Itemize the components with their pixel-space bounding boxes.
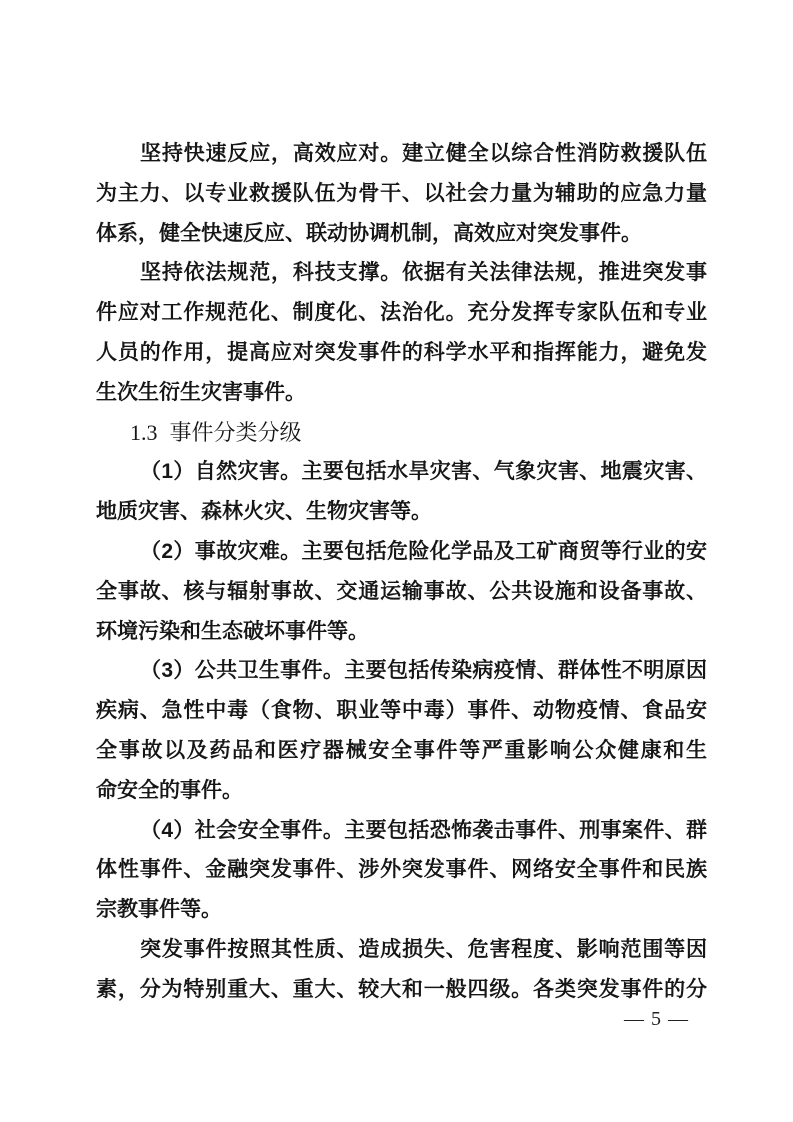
text-line: 素，分为特别重大、重大、较大和一般四级。各类突发事件的分 — [96, 970, 707, 1010]
text-line: 命安全的事件。 — [96, 771, 707, 811]
page-number: — 5 — — [624, 1008, 689, 1031]
paragraph-law-tech: 坚持依法规范，科技支撑。依据有关法律法规，推进突发事 件应对工作规范化、制度化、… — [96, 253, 707, 412]
text-line: 疾病、急性中毒（食物、职业等中毒）事件、动物疫情、食品安 — [96, 691, 707, 731]
text-line: （2）事故灾难。主要包括危险化学品及工矿商贸等行业的安 — [96, 532, 707, 572]
text-line: （1）自然灾害。主要包括水旱灾害、气象灾害、地震灾害、 — [96, 452, 707, 492]
paragraph-fast-response: 坚持快速反应，高效应对。建立健全以综合性消防救援队伍 为主力、以专业救援队伍为骨… — [96, 134, 707, 253]
text-line: （3）公共卫生事件。主要包括传染病疫情、群体性不明原因 — [96, 651, 707, 691]
text-line: 为主力、以专业救援队伍为骨干、以社会力量为辅助的应急力量 — [96, 174, 707, 214]
section-number: 1.3 — [130, 420, 158, 445]
text-line: 体系，健全快速反应、联动协调机制，高效应对突发事件。 — [96, 214, 707, 254]
text-line: 宗教事件等。 — [96, 890, 707, 930]
text-line: （4）社会安全事件。主要包括恐怖袭击事件、刑事案件、群 — [96, 811, 707, 851]
paragraph-accident: （2）事故灾难。主要包括危险化学品及工矿商贸等行业的安 全事故、核与辐射事故、交… — [96, 532, 707, 651]
text-line: 全事故以及药品和医疗器械安全事件等严重影响公众健康和生 — [96, 731, 707, 771]
text-line: 坚持快速反应，高效应对。建立健全以综合性消防救援队伍 — [96, 134, 707, 174]
text-line: 生次生衍生灾害事件。 — [96, 373, 707, 413]
document-page: 坚持快速反应，高效应对。建立健全以综合性消防救援队伍 为主力、以专业救援队伍为骨… — [0, 0, 793, 1122]
text-line: 突发事件按照其性质、造成损失、危害程度、影响范围等因 — [96, 930, 707, 970]
paragraph-public-health: （3）公共卫生事件。主要包括传染病疫情、群体性不明原因 疾病、急性中毒（食物、职… — [96, 651, 707, 810]
text-line: 地质灾害、森林火灾、生物灾害等。 — [96, 492, 707, 532]
paragraph-natural-disaster: （1）自然灾害。主要包括水旱灾害、气象灾害、地震灾害、 地质灾害、森林火灾、生物… — [96, 452, 707, 532]
text-line: 体性事件、金融突发事件、涉外突发事件、网络安全事件和民族 — [96, 850, 707, 890]
paragraph-grading: 突发事件按照其性质、造成损失、危害程度、影响范围等因 素，分为特别重大、重大、较… — [96, 930, 707, 1010]
document-body: 坚持快速反应，高效应对。建立健全以综合性消防救援队伍 为主力、以专业救援队伍为骨… — [96, 134, 707, 1010]
text-line: 坚持依法规范，科技支撑。依据有关法律法规，推进突发事 — [96, 253, 707, 293]
text-line: 人员的作用，提高应对突发事件的科学水平和指挥能力，避免发 — [96, 333, 707, 373]
text-line: 环境污染和生态破坏事件等。 — [96, 612, 707, 652]
section-heading: 1.3事件分类分级 — [96, 413, 707, 453]
section-title: 事件分类分级 — [170, 420, 302, 445]
text-line: 全事故、核与辐射事故、交通运输事故、公共设施和设备事故、 — [96, 572, 707, 612]
paragraph-social-security: （4）社会安全事件。主要包括恐怖袭击事件、刑事案件、群 体性事件、金融突发事件、… — [96, 811, 707, 930]
text-line: 件应对工作规范化、制度化、法治化。充分发挥专家队伍和专业 — [96, 293, 707, 333]
